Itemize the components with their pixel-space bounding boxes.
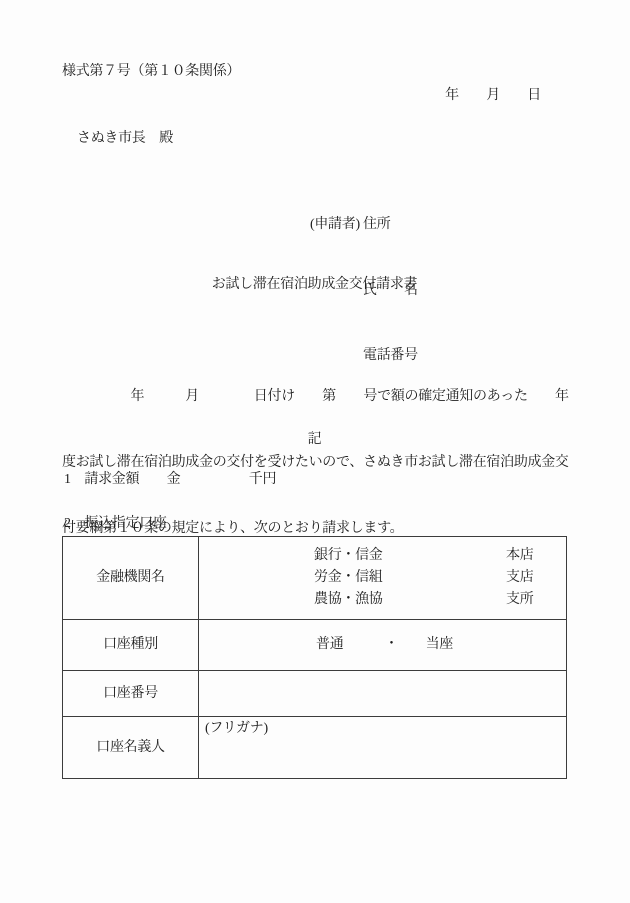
section-marker: 記	[62, 429, 567, 451]
document-page: 様式第７号（第１０条関係） 年 月 日 さぬき市長 殿 (申請者)住所 氏 名 …	[0, 0, 630, 903]
account-type-cell: 普通 ・ 当座	[199, 620, 567, 671]
table-row-financial-institution: 金融機関名 銀行・信金本店 労金・信組支店 農協・漁協支所	[63, 537, 567, 620]
table-row-account-holder: 口座名義人 (フリガナ)	[63, 717, 567, 779]
row-label-financial-institution: 金融機関名	[63, 537, 199, 620]
financial-institution-cell: 銀行・信金本店 労金・信組支店 農協・漁協支所	[199, 537, 567, 620]
furigana-label: (フリガナ)	[199, 717, 566, 739]
table-row-account-type: 口座種別 普通 ・ 当座	[63, 620, 567, 671]
option-line: 労金・信組支店	[199, 567, 566, 589]
option-rokin-shinkumi: 労金・信組	[314, 570, 383, 585]
branch-shiten: 支店	[506, 567, 533, 589]
applicant-address-line: (申請者)住所	[310, 214, 418, 236]
row-label-account-type: 口座種別	[63, 620, 199, 671]
item-claim-amount: 1 請求金額 金 千円	[64, 469, 276, 491]
option-nokyo-gyokyo: 農協・漁協	[314, 592, 383, 607]
option-bank-shinkin: 銀行・信金	[314, 548, 383, 563]
row-label-account-holder: 口座名義人	[63, 717, 199, 779]
bank-account-table: 金融機関名 銀行・信金本店 労金・信組支店 農協・漁協支所 口座種別 普通 ・ …	[62, 536, 567, 779]
addressee: さぬき市長 殿	[77, 128, 173, 150]
option-line: 農協・漁協支所	[199, 589, 566, 611]
account-holder-cell: (フリガナ)	[199, 717, 567, 779]
form-number: 様式第７号（第１０条関係）	[62, 61, 240, 83]
table-row-account-number: 口座番号	[63, 671, 567, 717]
account-number-cell	[199, 671, 567, 717]
branch-honten: 本店	[506, 545, 533, 567]
address-label: 住所	[363, 217, 390, 232]
document-title: お試し滞在宿泊助成金交付請求書	[62, 274, 567, 296]
applicant-label: (申請者)	[310, 214, 363, 236]
date-line: 年 月 日	[0, 85, 541, 107]
option-line: 銀行・信金本店	[199, 545, 566, 567]
row-label-account-number: 口座番号	[63, 671, 199, 717]
item-bank-account: 2 振込指定口座	[64, 513, 167, 535]
body-line: 年 月 日付け 第 号で額の確定通知のあった 年	[62, 386, 582, 408]
branch-shisho: 支所	[506, 589, 533, 611]
